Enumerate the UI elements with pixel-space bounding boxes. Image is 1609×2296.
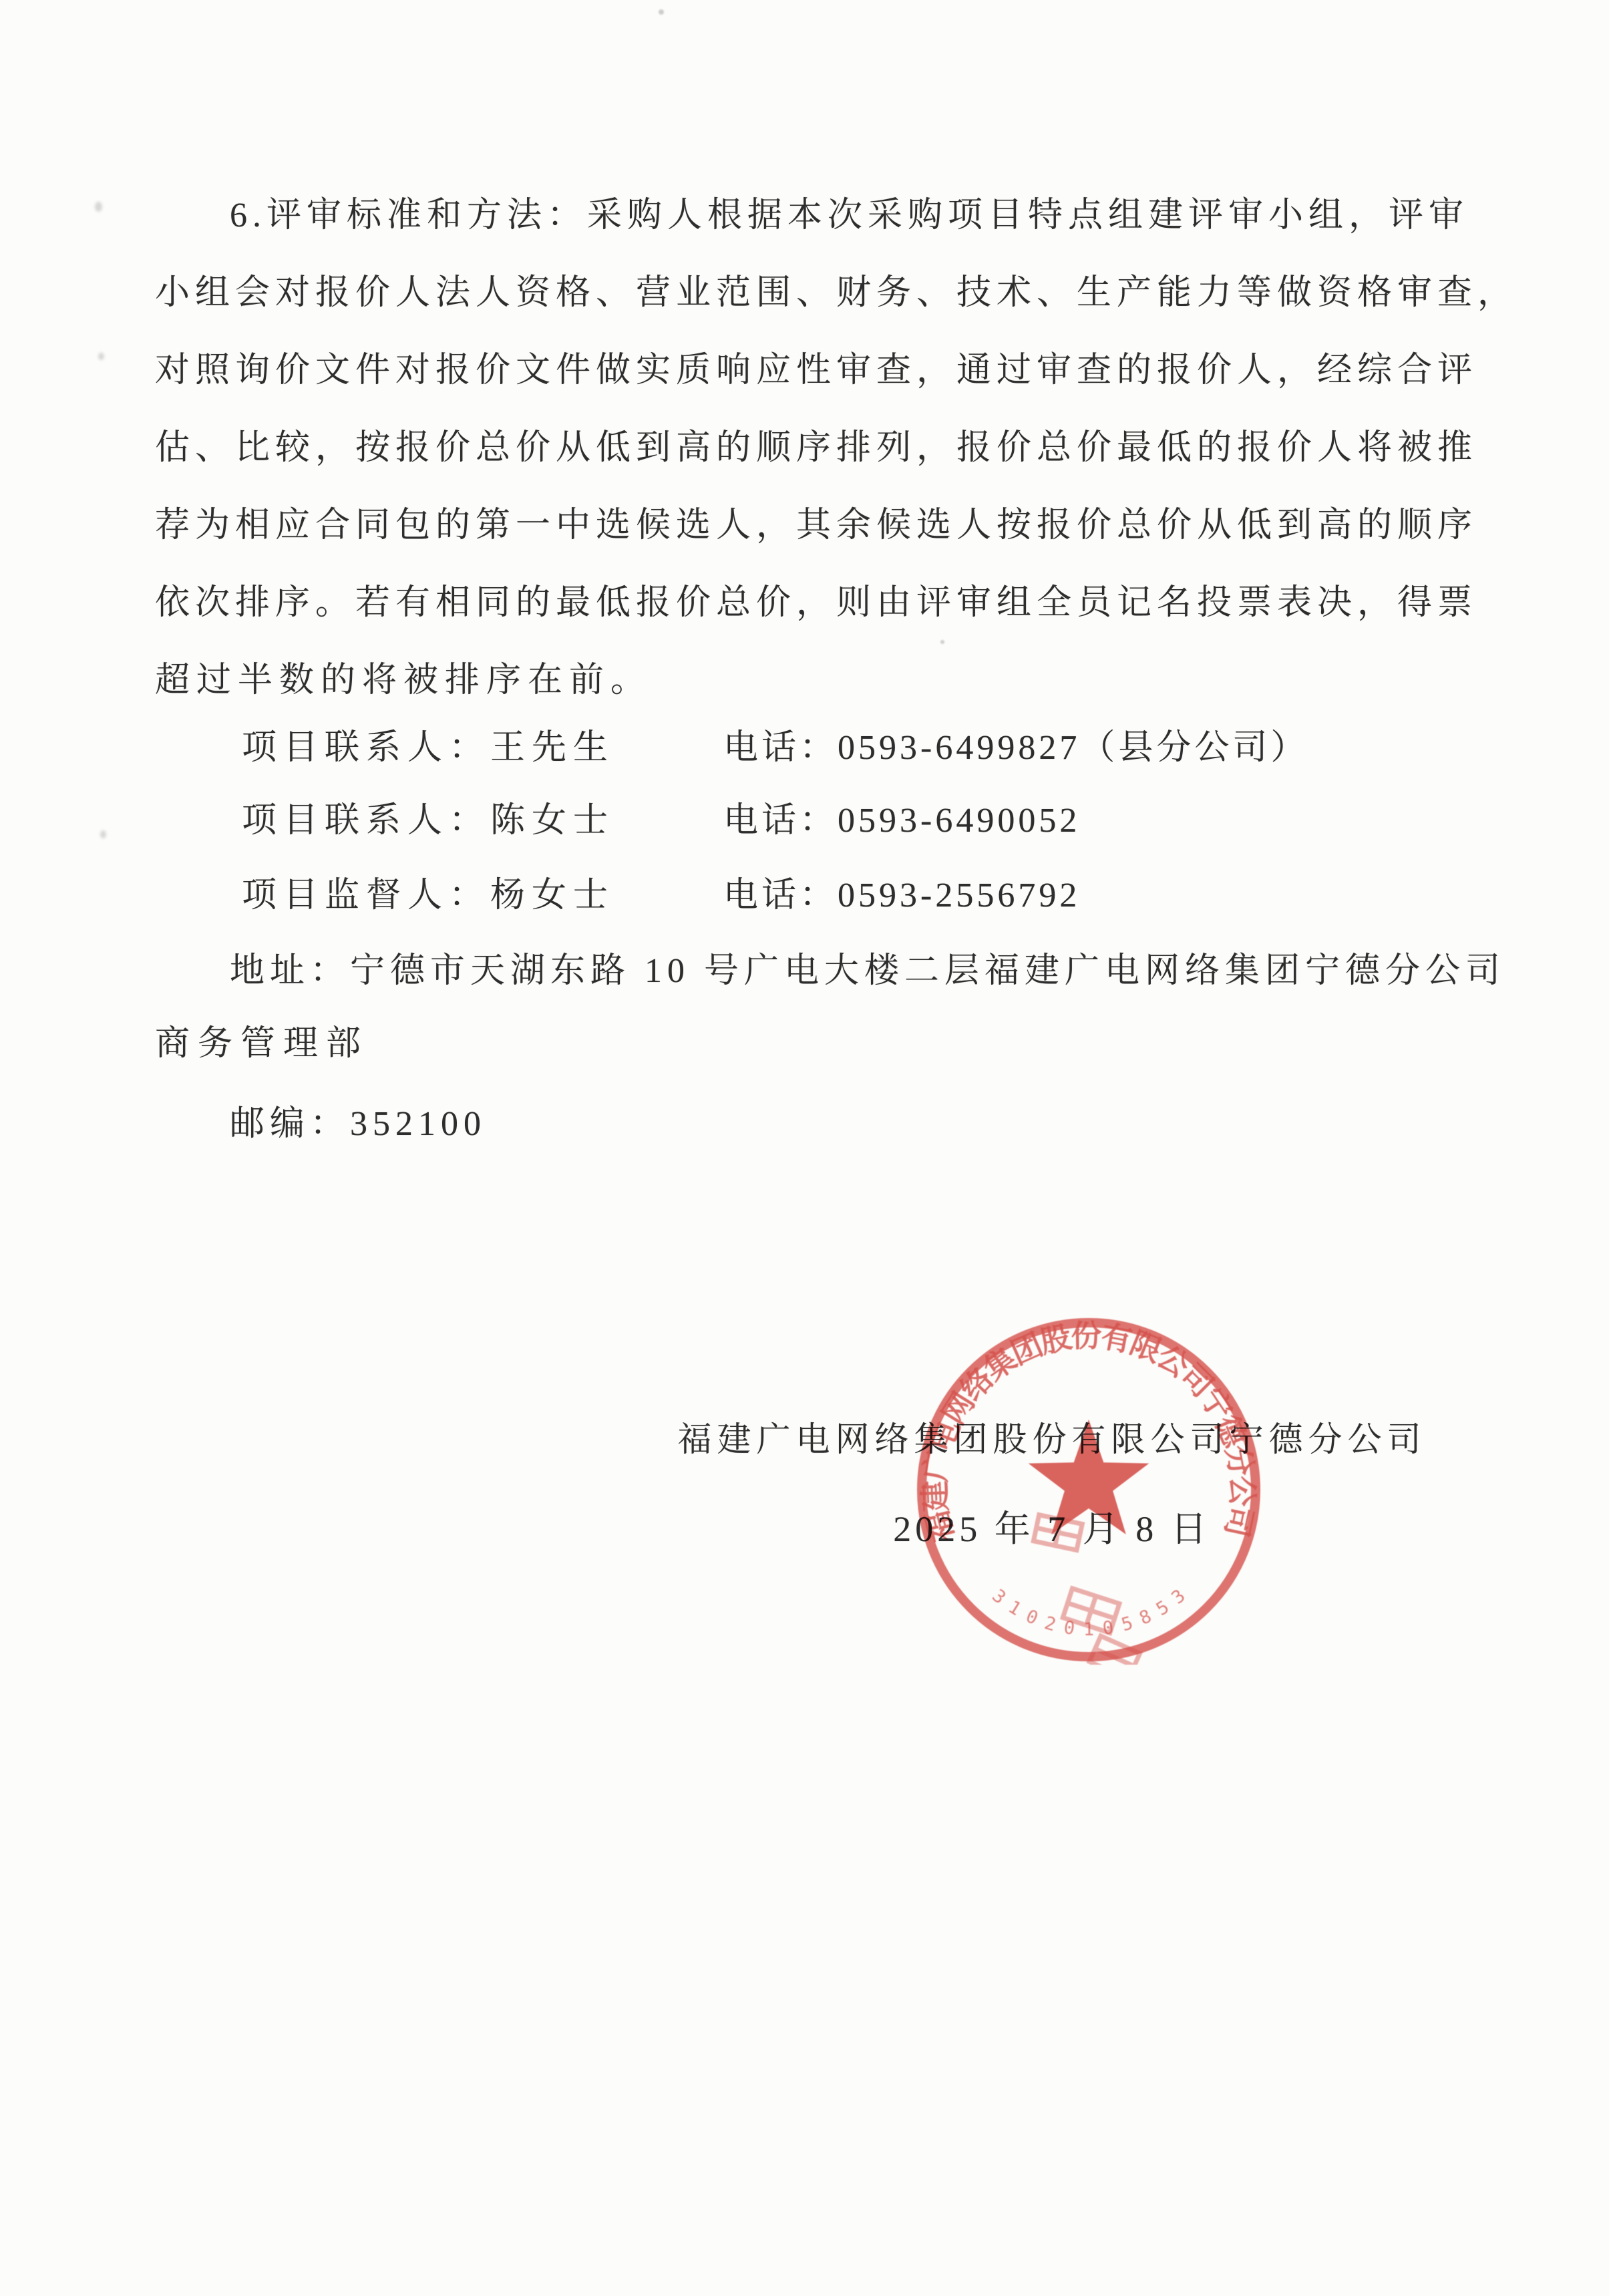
stamp-ghost-marks xyxy=(1033,1515,1139,1665)
contact-label: 项目联系人：王先生 xyxy=(242,727,614,769)
contact-phone: 电话：0593-2556792 xyxy=(723,875,1080,917)
paragraph-line: 依次排序。若有相同的最低报价总价，则由评审组全员记名投票表决，得票 xyxy=(155,564,1453,642)
address-line-1: 地址：宁德市天湖东路 10 号广电大楼二层福建广电网络集团宁德分公司 xyxy=(155,951,1453,992)
paragraph-line: 小组会对报价人法人资格、营业范围、财务、技术、生产能力等做资格审查， xyxy=(155,255,1453,332)
contact-label: 项目监督人：杨女士 xyxy=(242,875,614,917)
contact-label: 项目联系人：陈女士 xyxy=(242,800,614,842)
paragraph-line: 荐为相应合同包的第一中选候选人，其余候选人按报价总价从低到高的顺序 xyxy=(155,487,1453,564)
scan-noise-speck xyxy=(940,640,944,644)
document-page: 6.评审标准和方法：采购人根据本次采购项目特点组建评审小组，评审 小组会对报价人… xyxy=(0,0,1609,2296)
scan-noise-smudge xyxy=(95,202,102,212)
address-line-2: 商务管理部 xyxy=(155,1023,369,1065)
scan-noise-speck xyxy=(659,9,664,15)
company-seal-stamp: 福建广电网络集团股份有限公司宁德分公司 31020105853 xyxy=(914,1315,1264,1665)
contact-row: 项目联系人：陈女士 电话：0593-6490052 xyxy=(155,800,1453,842)
contact-row: 项目联系人：王先生 电话：0593-6499827（县分公司） xyxy=(155,727,1453,769)
paragraph-line: 超过半数的将被排序在前。 xyxy=(155,642,1453,719)
paragraph-line: 估、比较，按报价总价从低到高的顺序排列，报价总价最低的报价人将被推 xyxy=(155,409,1453,487)
contact-phone: 电话：0593-6490052 xyxy=(723,800,1080,842)
scan-noise-smudge xyxy=(98,353,104,360)
contact-phone: 电话：0593-6499827（县分公司） xyxy=(723,727,1308,769)
paragraph-line: 6.评审标准和方法：采购人根据本次采购项目特点组建评审小组，评审 xyxy=(155,177,1453,255)
contact-row: 项目监督人：杨女士 电话：0593-2556792 xyxy=(155,875,1453,917)
evaluation-criteria-paragraph: 6.评审标准和方法：采购人根据本次采购项目特点组建评审小组，评审 小组会对报价人… xyxy=(155,177,1453,719)
postal-code: 邮编：352100 xyxy=(230,1104,486,1145)
scan-noise-smudge xyxy=(100,830,106,838)
paragraph-line: 对照询价文件对报价文件做实质响应性审查，通过审查的报价人，经综合评 xyxy=(155,332,1453,409)
